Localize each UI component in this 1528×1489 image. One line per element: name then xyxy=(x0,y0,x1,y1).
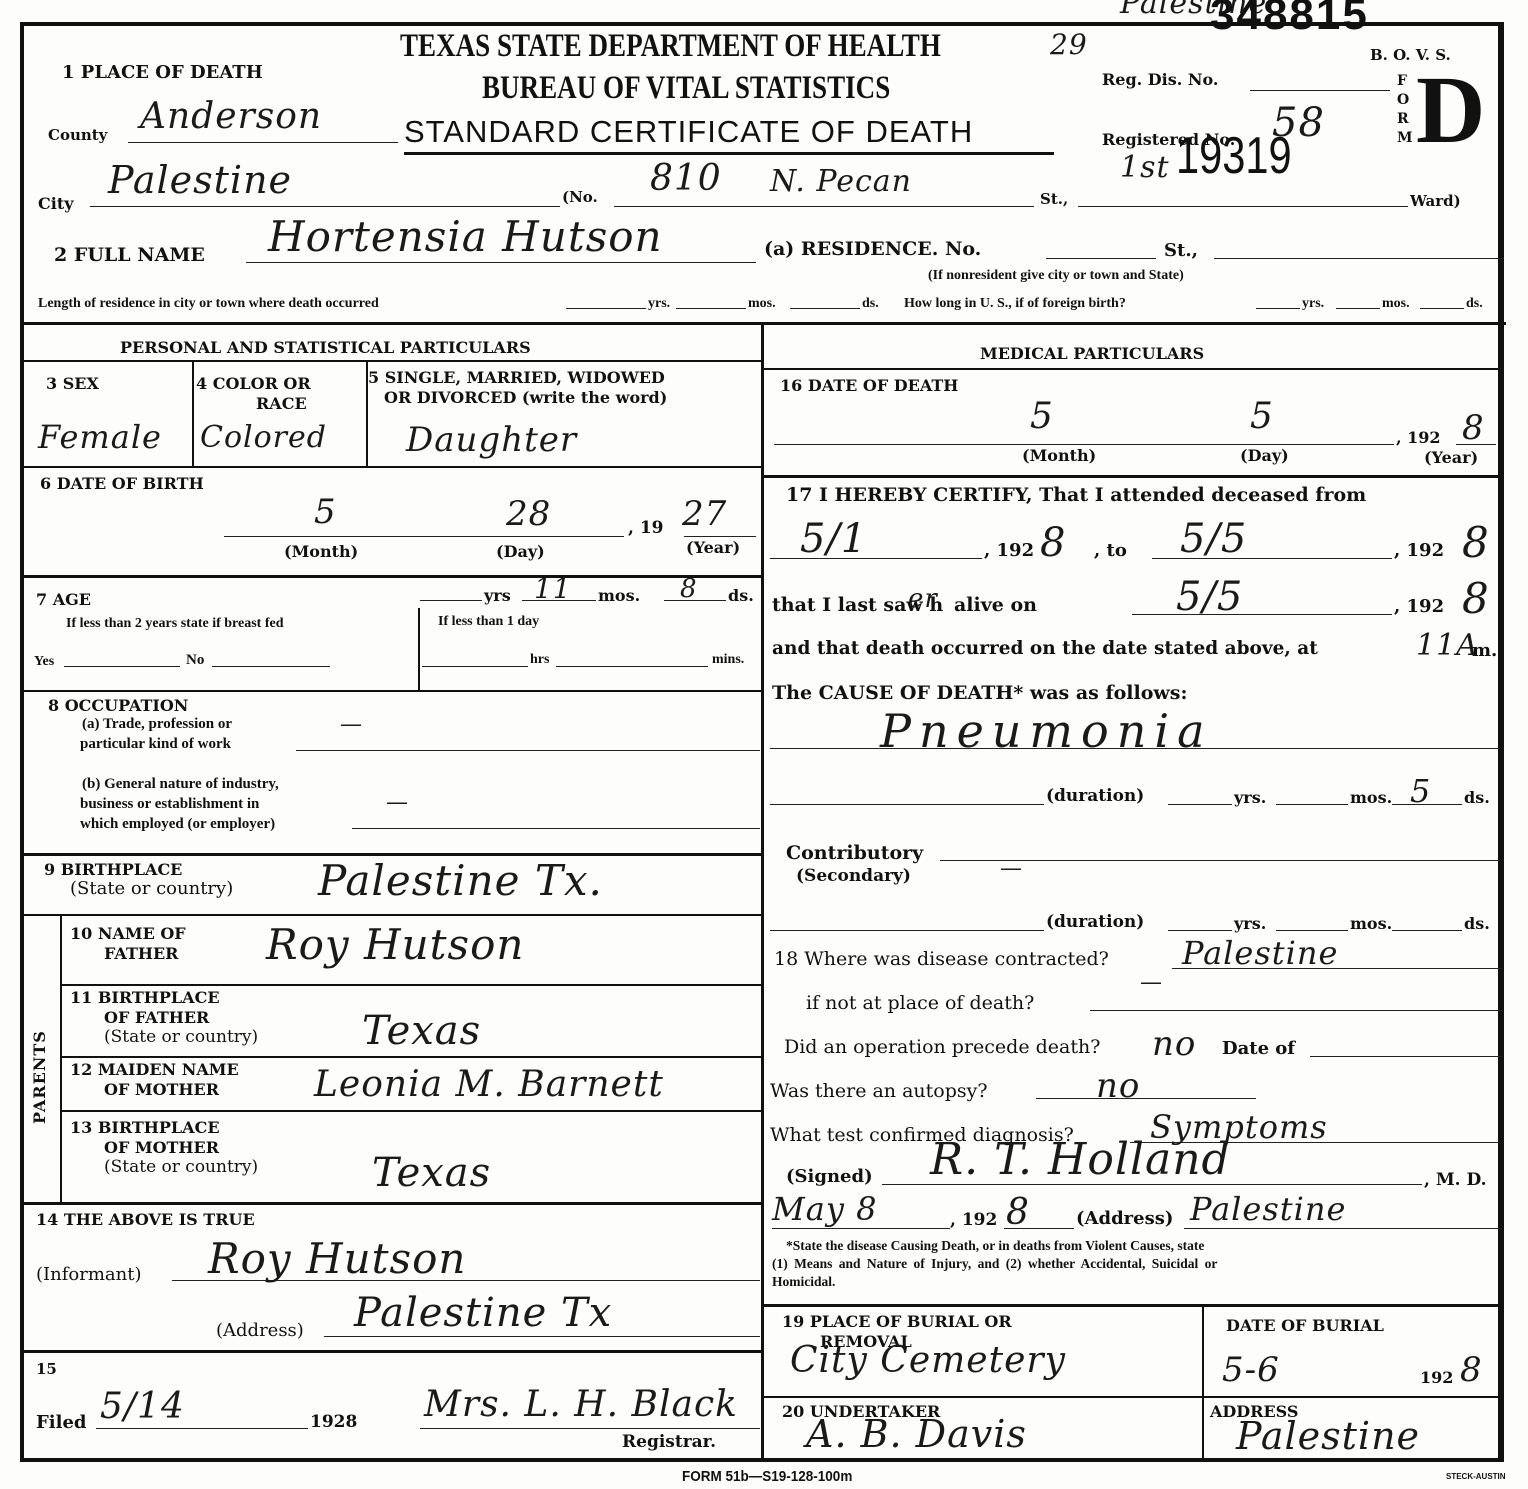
signed-label: (Signed) xyxy=(786,1166,873,1187)
registrar-signature: Mrs. L. H. Black xyxy=(424,1384,738,1425)
signed-date: May 8 xyxy=(772,1190,877,1228)
nonresident-note: (If nonresident give city or town and St… xyxy=(928,268,1184,284)
undertaker-address-value: Palestine xyxy=(1236,1414,1420,1458)
father-name-value: Roy Hutson xyxy=(266,920,524,969)
age-label: 7 AGE xyxy=(36,590,91,609)
marital-value: Daughter xyxy=(406,420,577,460)
dod-label: 16 DATE OF DEATH xyxy=(780,376,958,395)
residence-label: (a) RESIDENCE. No. xyxy=(764,238,981,260)
title-underline xyxy=(404,152,1054,155)
mother-birthplace-value: Texas xyxy=(372,1150,491,1196)
undertaker-value: A. B. Davis xyxy=(806,1412,1027,1456)
informant-address-value: Palestine Tx xyxy=(354,1290,612,1336)
full-name-label: 2 FULL NAME xyxy=(54,244,205,266)
attended-from-date: 5/1 xyxy=(800,516,867,562)
marital-label: 5 SINGLE, MARRIED, WIDOWED xyxy=(368,368,665,387)
street-name: N. Pecan xyxy=(770,164,912,199)
attended-to-year: 8 xyxy=(1462,518,1490,567)
dob-month: 5 xyxy=(314,492,337,532)
footnote-line-3: Homicidal. xyxy=(772,1274,835,1290)
form-number: FORM 51b—S19-128-100m xyxy=(682,1468,852,1485)
informant-label: (Informant) xyxy=(36,1264,141,1285)
father-birthplace-value: Texas xyxy=(362,1008,481,1054)
operation-label: Did an operation precede death? xyxy=(784,1036,1100,1058)
burial-date-value: 5-6 xyxy=(1222,1350,1280,1390)
street-number: 810 xyxy=(650,158,722,199)
not-at-place-label: if not at place of death? xyxy=(806,992,1034,1014)
burial-place-value: City Cemetery xyxy=(790,1340,1066,1381)
foreign-birth-label: How long in U. S., if of foreign birth? xyxy=(904,296,1126,312)
attended-from-year: 8 xyxy=(1040,520,1066,566)
filed-label: Filed xyxy=(36,1412,87,1433)
attended-to-date: 5/5 xyxy=(1180,516,1247,562)
reg-dis-label: Reg. Dis. No. xyxy=(1102,70,1219,89)
form-type-letter: D xyxy=(1416,62,1485,158)
st-label: St., xyxy=(1040,190,1068,208)
city-value: Palestine xyxy=(108,158,292,202)
not-at-place-value: — xyxy=(1140,970,1163,995)
form-letters: F O R M xyxy=(1397,72,1411,148)
parents-vertical-label: PARENTS xyxy=(30,1030,49,1124)
cause-label: The CAUSE OF DEATH* was as follows: xyxy=(772,682,1188,704)
death-occurred-line: and that death occurred on the date stat… xyxy=(772,638,1318,659)
printer-mark: STECK-AUSTIN xyxy=(1446,1472,1506,1481)
mother-birthplace-label: 13 BIRTHPLACE xyxy=(70,1118,220,1137)
father-name-label: 10 NAME OF xyxy=(70,924,186,943)
dob-day: 28 xyxy=(506,494,551,534)
length-residence-label: Length of residence in city or town wher… xyxy=(38,296,379,312)
burial-year: 8 xyxy=(1460,1350,1483,1390)
filed-date: 5/14 xyxy=(100,1386,185,1427)
informant-address-label: (Address) xyxy=(216,1320,304,1341)
county-label: County xyxy=(48,126,107,144)
filed-year: 1928 xyxy=(310,1412,357,1432)
title-certificate: STANDARD CERTIFICATE OF DEATH xyxy=(404,114,973,150)
occupation-a-value: — xyxy=(340,712,363,737)
autopsy-label: Was there an autopsy? xyxy=(770,1080,988,1102)
full-name-value: Hortensia Hutson xyxy=(268,212,663,261)
certify-line: 17 I HEREBY CERTIFY, That I attended dec… xyxy=(786,484,1366,506)
title-bureau: BUREAU OF VITAL STATISTICS xyxy=(482,70,890,107)
contributory-label: Contributory xyxy=(786,842,923,864)
stamped-prefix: 1st xyxy=(1120,150,1170,185)
city-label: City xyxy=(38,194,74,213)
item-15-label: 15 xyxy=(36,1360,57,1378)
title-annotation: 29 xyxy=(1050,28,1088,61)
birthplace-value: Palestine Tx. xyxy=(318,856,603,905)
physician-address: Palestine xyxy=(1190,1190,1346,1228)
occupation-b-value: — xyxy=(386,790,409,815)
less-than-day-note: If less than 1 day xyxy=(438,614,539,630)
occupation-label: 8 OCCUPATION xyxy=(48,696,188,715)
race-value: Colored xyxy=(200,420,327,455)
county-value: Anderson xyxy=(140,96,322,137)
mother-name-value: Leonia M. Barnett xyxy=(314,1064,664,1105)
no-label: (No. xyxy=(562,188,598,206)
burial-place-label: 19 PLACE OF BURIAL OR xyxy=(782,1312,1012,1331)
breast-fed-note: If less than 2 years state if breast fed xyxy=(66,616,284,632)
registrar-label: Registrar. xyxy=(622,1432,716,1452)
stamped-number: 19319 xyxy=(1176,126,1292,186)
autopsy-value: no xyxy=(1096,1066,1140,1106)
dob-label: 6 DATE OF BIRTH xyxy=(40,474,204,493)
ward-label: Ward) xyxy=(1410,192,1461,210)
footnote-line-2: (1) Means and Nature of Injury, and (2) … xyxy=(772,1256,1217,1272)
burial-date-label: DATE OF BURIAL xyxy=(1226,1316,1384,1335)
last-saw-date: 5/5 xyxy=(1176,574,1243,620)
dob-year: 27 xyxy=(682,494,727,534)
sex-label: 3 SEX xyxy=(46,374,99,393)
signed-year: 8 xyxy=(1006,1192,1030,1233)
where-contracted-value: Palestine xyxy=(1182,934,1338,972)
sex-value: Female xyxy=(38,418,162,456)
above-is-true-label: 14 THE ABOVE IS TRUE xyxy=(36,1210,255,1229)
last-saw-year: 8 xyxy=(1462,574,1490,623)
title-department: TEXAS STATE DEPARTMENT OF HEALTH xyxy=(400,28,941,65)
footnote-line-1: *State the disease Causing Death, or in … xyxy=(786,1238,1204,1254)
column-divider xyxy=(761,325,764,1461)
race-label: 4 COLOR OR xyxy=(196,374,311,393)
dod-month: 5 xyxy=(1030,396,1054,437)
top-stamp-number: 348815 xyxy=(1210,0,1369,40)
operation-value: no xyxy=(1152,1024,1196,1064)
place-of-death-label: 1 PLACE OF DEATH xyxy=(62,62,263,83)
personal-section-title: PERSONAL AND STATISTICAL PARTICULARS xyxy=(120,338,531,357)
mother-name-label: 12 MAIDEN NAME xyxy=(70,1060,239,1079)
death-time: 11A xyxy=(1416,628,1479,663)
birthplace-label: 9 BIRTHPLACE xyxy=(44,860,182,879)
cause-value: Pneumonia xyxy=(880,704,1213,758)
contributory-value: — xyxy=(1000,856,1023,881)
where-contracted-label: 18 Where was disease contracted? xyxy=(774,948,1109,970)
informant-value: Roy Hutson xyxy=(208,1234,466,1283)
physician-signature: R. T. Holland xyxy=(930,1134,1231,1185)
medical-section-title: MEDICAL PARTICULARS xyxy=(980,344,1204,363)
residence-st-label: St., xyxy=(1164,240,1198,261)
dod-day: 5 xyxy=(1250,396,1274,437)
last-saw-pronoun: er xyxy=(908,584,938,614)
father-birthplace-label: 11 BIRTHPLACE xyxy=(70,988,220,1007)
dod-year: 8 xyxy=(1462,408,1485,448)
